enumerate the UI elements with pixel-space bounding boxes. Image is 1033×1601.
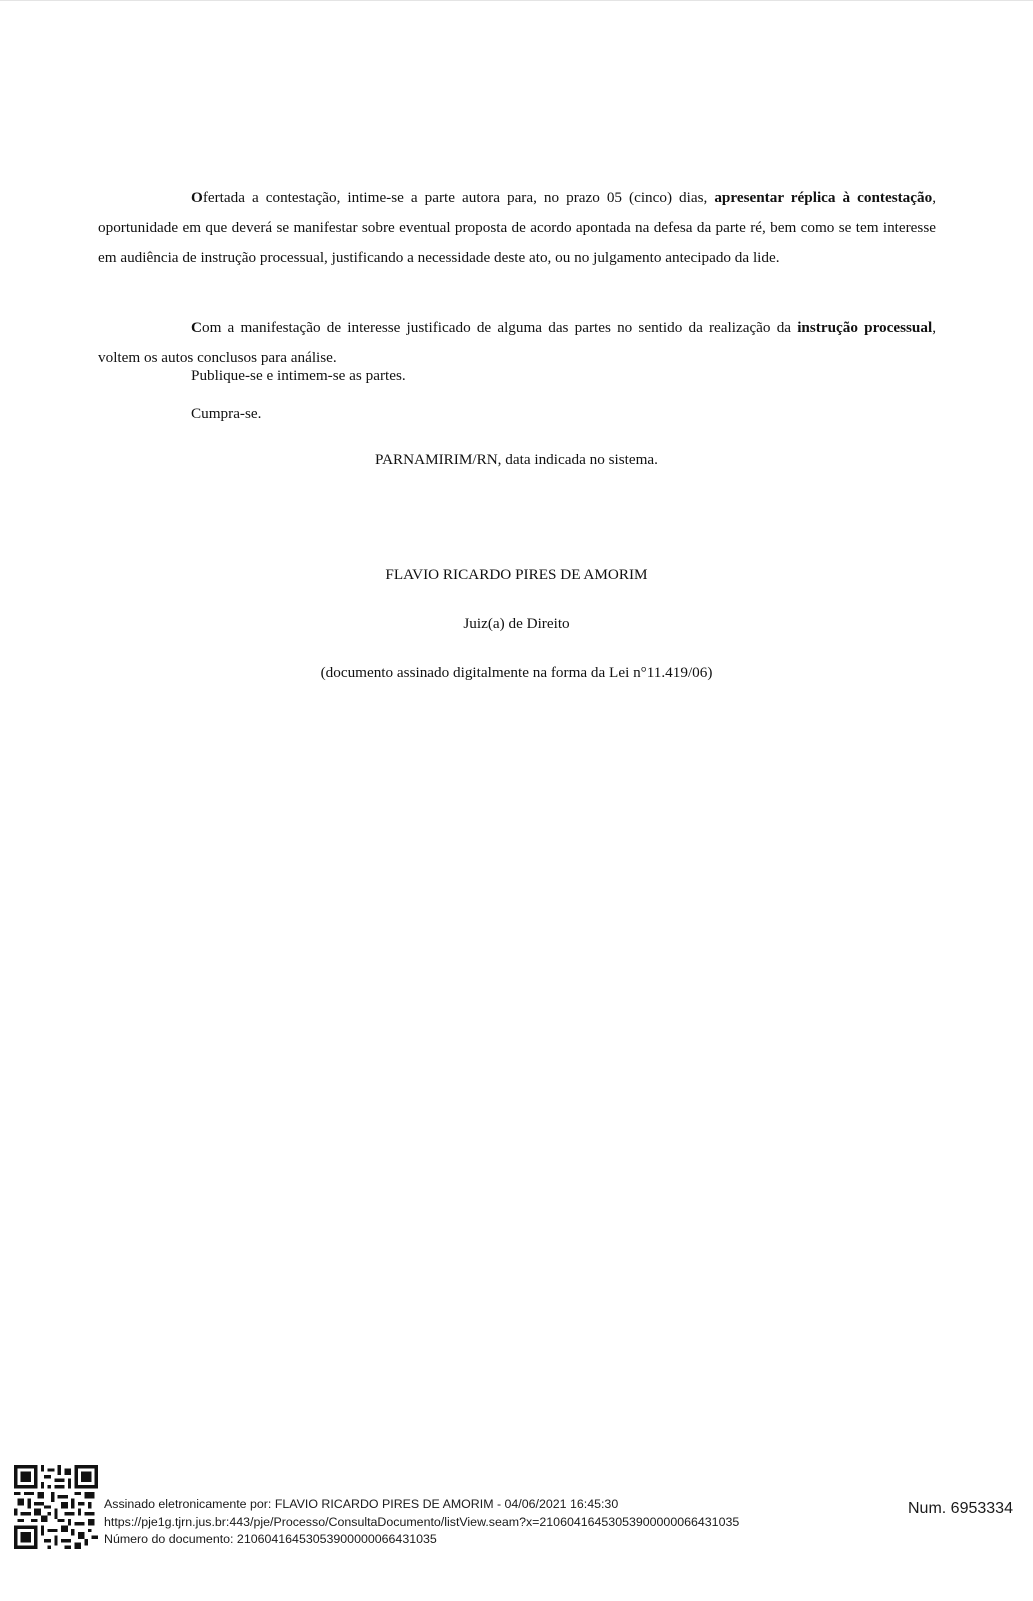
signature-info: Assinado eletronicamente por: FLAVIO RIC… — [104, 1496, 739, 1549]
page-top-border — [0, 0, 1033, 1]
paragraph-replica: Ofertada a contestação, intime-se a part… — [98, 183, 936, 273]
cumpra-line: Cumpra-se. — [98, 399, 261, 429]
document-url-link[interactable]: https://pje1g.tjrn.jus.br:443/pje/Proces… — [104, 1514, 739, 1532]
paragraph-text: fertada a contestação, intime-se a parte… — [203, 189, 715, 206]
paragraph-lead-letter: O — [191, 189, 203, 206]
paragraph-bold-text: instrução processual — [797, 319, 932, 336]
qr-code-icon — [14, 1465, 98, 1549]
signature-note: (documento assinado digitalmente na form… — [0, 661, 1033, 685]
signed-by-line: Assinado eletronicamente por: FLAVIO RIC… — [104, 1496, 739, 1514]
paragraph-bold-text: apresentar réplica à contestação — [714, 189, 932, 206]
city-date: PARNAMIRIM/RN, data indicada no sistema. — [0, 448, 1033, 472]
judge-role: Juiz(a) de Direito — [0, 612, 1033, 636]
signature-footer: Assinado eletronicamente por: FLAVIO RIC… — [0, 1460, 1033, 1601]
judge-name: FLAVIO RICARDO PIRES DE AMORIM — [0, 563, 1033, 587]
publique-line: Publique-se e intimem-se as partes. — [98, 361, 406, 391]
document-number-line: Número do documento: 2106041645305390000… — [104, 1531, 739, 1549]
document-num: Num. 6953334 — [908, 1500, 1013, 1518]
paragraph-lead-letter: C — [191, 319, 202, 336]
paragraph-text: om a manifestação de interesse justifica… — [202, 319, 797, 336]
